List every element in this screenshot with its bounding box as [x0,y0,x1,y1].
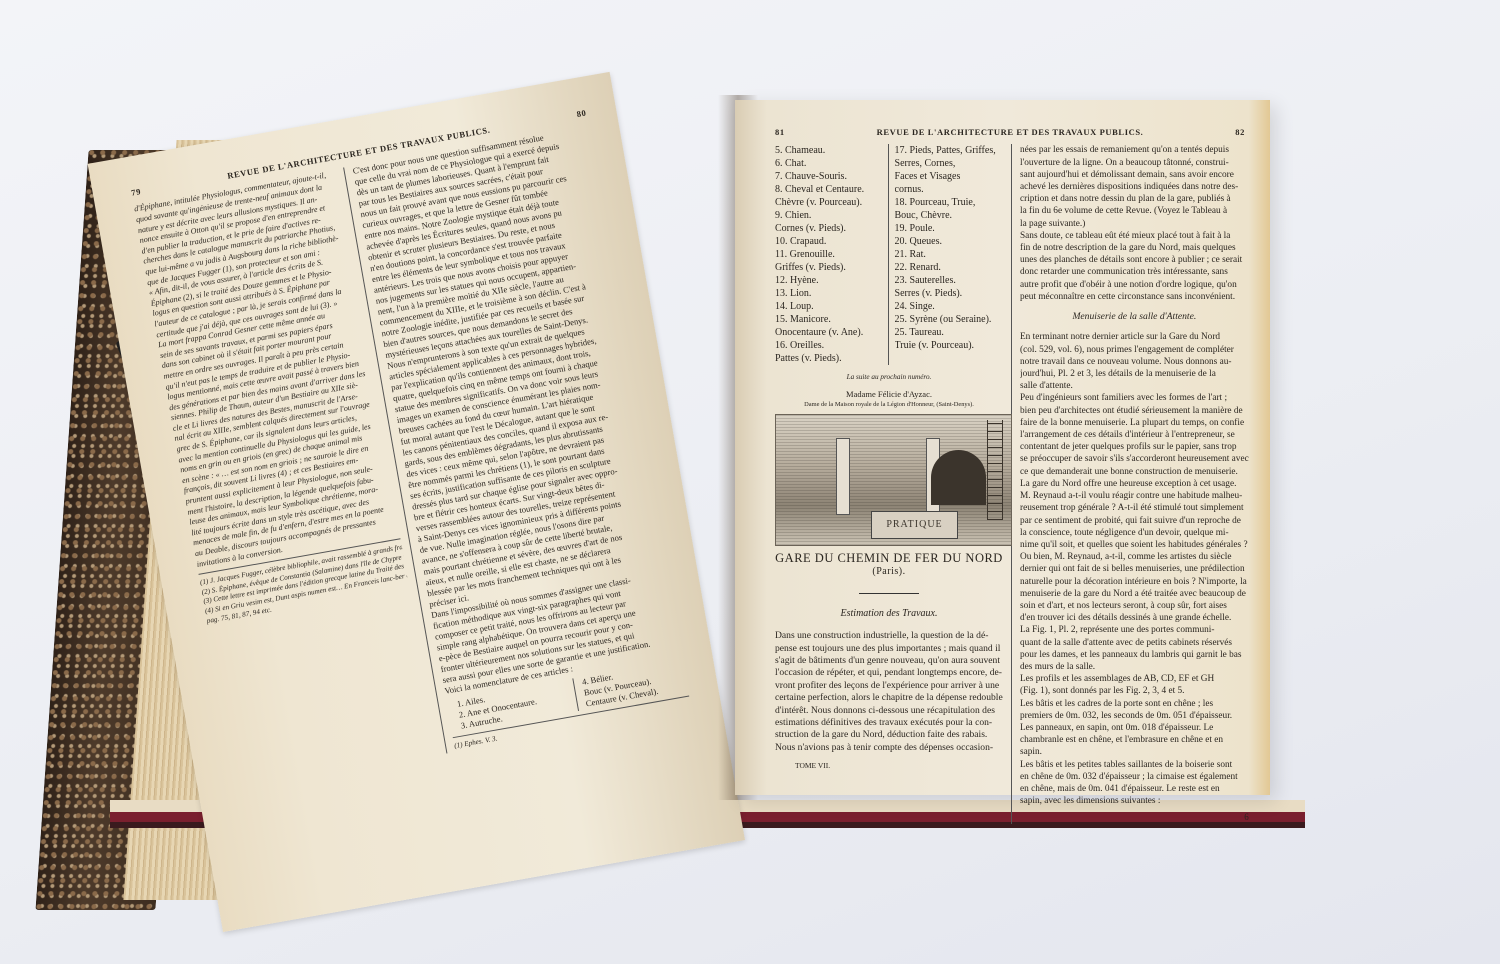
bestiary-entry: 13. Lion. [775,287,882,300]
text-line: La gare du Nord offre une heureuse excep… [1020,478,1249,490]
text-line: la conscience, toute négligence d'un dev… [1020,527,1249,539]
text-line: premiers de 0m. 032, les seconds de 0m. … [1020,710,1249,722]
text-line: en chêne de 0m. 032 d'épaisseur ; la cim… [1020,771,1249,783]
text-line: en chêne, mais de 0m. 041 d'épaisseur. L… [1020,783,1249,795]
bestiary-entry: 5. Chameau. [775,144,882,157]
bestiary-entry: 24. Singe. [895,300,1003,313]
right-page-header: 81 REVUE DE L'ARCHITECTURE ET DES TRAVAU… [775,126,1245,138]
bestiary-entry: 9. Chien. [775,209,882,222]
bestiary-entry: cornus. [895,183,1003,196]
continued-note: La suite au prochain numéro. [775,373,1003,383]
text-line: l'ouverture de la ligne. On a beaucoup t… [1020,157,1249,169]
text-line: donc retarder une communication très int… [1020,266,1249,278]
author-name: Madame Félicie d'Ayzac. [775,388,1003,400]
text-line: nées par les essais de remaniement qu'on… [1020,144,1249,156]
subheading: Estimation des Travaux. [775,608,1003,620]
divider [859,593,919,594]
text-line: l'arrangement de ces détails d'intérieur… [1020,429,1249,441]
bestiary-entry: 25. Taureau. [895,326,1003,339]
text-line: sant aujourd'hui et démolissant demain, … [1020,169,1249,181]
page-number: 81 [775,126,785,138]
text-line: M. Reynaud a-t-il voulu réagir contre un… [1020,490,1249,502]
text-line: naturelle pour la décoration intérieure … [1020,576,1249,588]
text-line: (col. 529, vol. 6), nous primes l'engage… [1020,344,1249,356]
article-title: GARE DU CHEMIN DE FER DU NORD (Paris). [775,552,1003,579]
article-body: Dans une construction industrielle, la q… [775,630,1003,754]
text-line: soin et d'art, et nos lecteurs seront, à… [1020,600,1249,612]
text-line: se préoccuper de savoir s'ils s'accorder… [1020,453,1249,465]
bestiary-entry: Truie (v. Pourceau). [895,339,1003,352]
page-number: 82 [1235,126,1245,138]
text-line: (Fig. 1), sont donnés par les Fig. 2, 3,… [1020,685,1249,697]
text-line: sapin, avec les dimensions suivantes : [1020,795,1249,807]
left-column: 5. Chameau.6. Chat.7. Chauve-Souris.8. C… [775,144,1003,772]
bestiary-entry: 7. Chauve-Souris. [775,170,882,183]
text-line: Dans une construction industrielle, la q… [775,630,1003,642]
text-line: chambranle est en chêne, et l'embrasure … [1020,734,1249,746]
text-line: par ce sentiment de probité, qui fait su… [1020,515,1249,527]
bestiary-entry: 12. Hyène. [775,274,882,287]
text-line: struction de la gare du Nord, déduction … [775,729,1003,741]
bestiary-entry: 11. Grenouille. [775,248,882,261]
bestiary-entry: 18. Pourceau, Truie, [895,196,1003,209]
page-number: 79 [130,185,142,199]
bestiary-entry: Griffes (v. Pieds). [775,261,882,274]
text-line: salle d'attente. [1020,380,1249,392]
text-line: vront profiter des leçons de l'expérienc… [775,680,1003,692]
text-line: nime qu'il soit, et quelles que soient l… [1020,539,1249,551]
text-line: d'intérêt. Nous donnons ci-dessous une r… [775,705,1003,717]
text-line: d'en trouver ici des détails dessinés à … [1020,612,1249,624]
bestiary-list-a: 5. Chameau.6. Chat.7. Chauve-Souris.8. C… [775,144,882,365]
intro-text: nées par les essais de remaniement qu'on… [1020,144,1249,303]
bestiary-entry: Onocentaure (v. Ane). [775,326,882,339]
text-line: reusement trop générale ? A-t-il été sti… [1020,502,1249,514]
bestiary-entry: 22. Renard. [895,261,1003,274]
bestiary-entry: 21. Rat. [895,248,1003,261]
signature-mark: 6 [1020,811,1249,823]
text-line: Peu d'ingénieurs sont familiers avec les… [1020,392,1249,404]
bestiary-entry: 10. Crapaud. [775,235,882,248]
text-line: Les bâtis et les cadres de la porte sont… [1020,698,1249,710]
text-line: estimations définitives des travaux exéc… [775,717,1003,729]
text-line: achevé les dernières dispositions indiqu… [1020,181,1249,193]
text-line: sapin. [1020,746,1249,758]
text-line: Les panneaux, en sapin, ont 0m. 018 d'ép… [1020,722,1249,734]
text-line: autre profit que d'obéir à une notion d'… [1020,279,1249,291]
text-line: ce que demanderait une bonne constructio… [1020,466,1249,478]
text-line: cription et dans notre dessin du plan de… [1020,193,1249,205]
bestiary-entry: 17. Pieds, Pattes, Griffes, [895,144,1003,157]
text-line: En terminant notre dernier article sur l… [1020,331,1249,343]
text-line: pour les dames, et les panneaux du lambr… [1020,649,1249,661]
subheading: Menuiserie de la salle d'Attente. [1020,311,1249,323]
text-line: Les bâtis et les petites tables saillant… [1020,759,1249,771]
bestiary-entry: Bouc, Chèvre. [895,209,1003,222]
bestiary-entry: 6. Chat. [775,157,882,170]
text-line: notre travail dans ce nouveau volume. No… [1020,356,1249,368]
text-line: Ou bien, M. Reynaud, a-t-il, comme les a… [1020,551,1249,563]
text-line: dernier qui ont fait de si belles menuis… [1020,563,1249,575]
text-line: la page suivante.) [1020,218,1249,230]
bestiary-entry: Faces et Visages [895,170,1003,183]
text-line: faire de la bonne menuiserie. La plupart… [1020,417,1249,429]
text-line: La Fig. 1, Pl. 2, représente une des por… [1020,624,1249,636]
text-line: menuiserie de la gare du Nord a été trai… [1020,588,1249,600]
right-page: 81 REVUE DE L'ARCHITECTURE ET DES TRAVAU… [735,100,1270,795]
text-line: jourd'hui, Pl. 2 et 3, les détails de la… [1020,368,1249,380]
bestiary-entry: 16. Oreilles. [775,339,882,352]
running-title: REVUE DE L'ARCHITECTURE ET DES TRAVAUX P… [877,126,1144,138]
bestiary-entry: 20. Queues. [895,235,1003,248]
author-title: Dame de la Maison royale de la Légion d'… [775,400,1003,410]
text-line: des murs de la salle. [1020,661,1249,673]
text-line: bien peu d'architectes ont étudié sérieu… [1020,405,1249,417]
text-line: l'occasion de répéter, et qui, pendant l… [775,667,1003,679]
text-line: Les profils et les assemblages de AB, CD… [1020,673,1249,685]
bestiary-entry: 23. Sauterelles. [895,274,1003,287]
text-line: contentant de jeter quelques profils sur… [1020,441,1249,453]
text-line: unes des planches de détails sont encore… [1020,254,1249,266]
text-line: s'agit de bâtiments d'un genre nouveau, … [775,655,1003,667]
text-line: quant de la salle d'attente avec de peti… [1020,637,1249,649]
page-number: 80 [576,107,588,121]
bestiary-entry: 15. Manicore. [775,313,882,326]
bestiary-list-b: 17. Pieds, Pattes, Griffes,Serres, Corne… [895,144,1003,365]
bestiary-entry: Pattes (v. Pieds). [775,352,882,365]
bestiary-entry: 8. Cheval et Centaure. [775,183,882,196]
bestiary-entry: 19. Poule. [895,222,1003,235]
text-line: certaine perfection, alors le chapitre d… [775,692,1003,704]
text-line: la fin du 6e volume de cette Revue. (Voy… [1020,205,1249,217]
text-line: peut méconnaître en cette circonstance s… [1020,291,1249,303]
bestiary-entry: 14. Loup. [775,300,882,313]
article-body: En terminant notre dernier article sur l… [1020,331,1249,807]
bestiary-entry: Serres (v. Pieds). [895,287,1003,300]
engraving-label: PRATIQUE [871,511,958,539]
bestiary-entry: Serres, Cornes, [895,157,1003,170]
bestiary-entry: 25. Syrène (ou Seraine). [895,313,1003,326]
text-line: Nous n'avions pas à tenir compte des dép… [775,742,1003,754]
bestiary-entry: Cornes (v. Pieds). [775,222,882,235]
text-line: fin de notre description de la gare du N… [1020,242,1249,254]
text-line: Sans doute, ce tableau eût été mieux pla… [1020,230,1249,242]
text-line: pense est toujours une des plus importan… [775,643,1003,655]
right-column: nées par les essais de remaniement qu'on… [1020,144,1249,823]
volume-label: TOME VII. [795,760,1003,772]
bestiary-entry: Chèvre (v. Pourceau). [775,196,882,209]
engraving-illustration: PRATIQUE [775,414,1012,546]
